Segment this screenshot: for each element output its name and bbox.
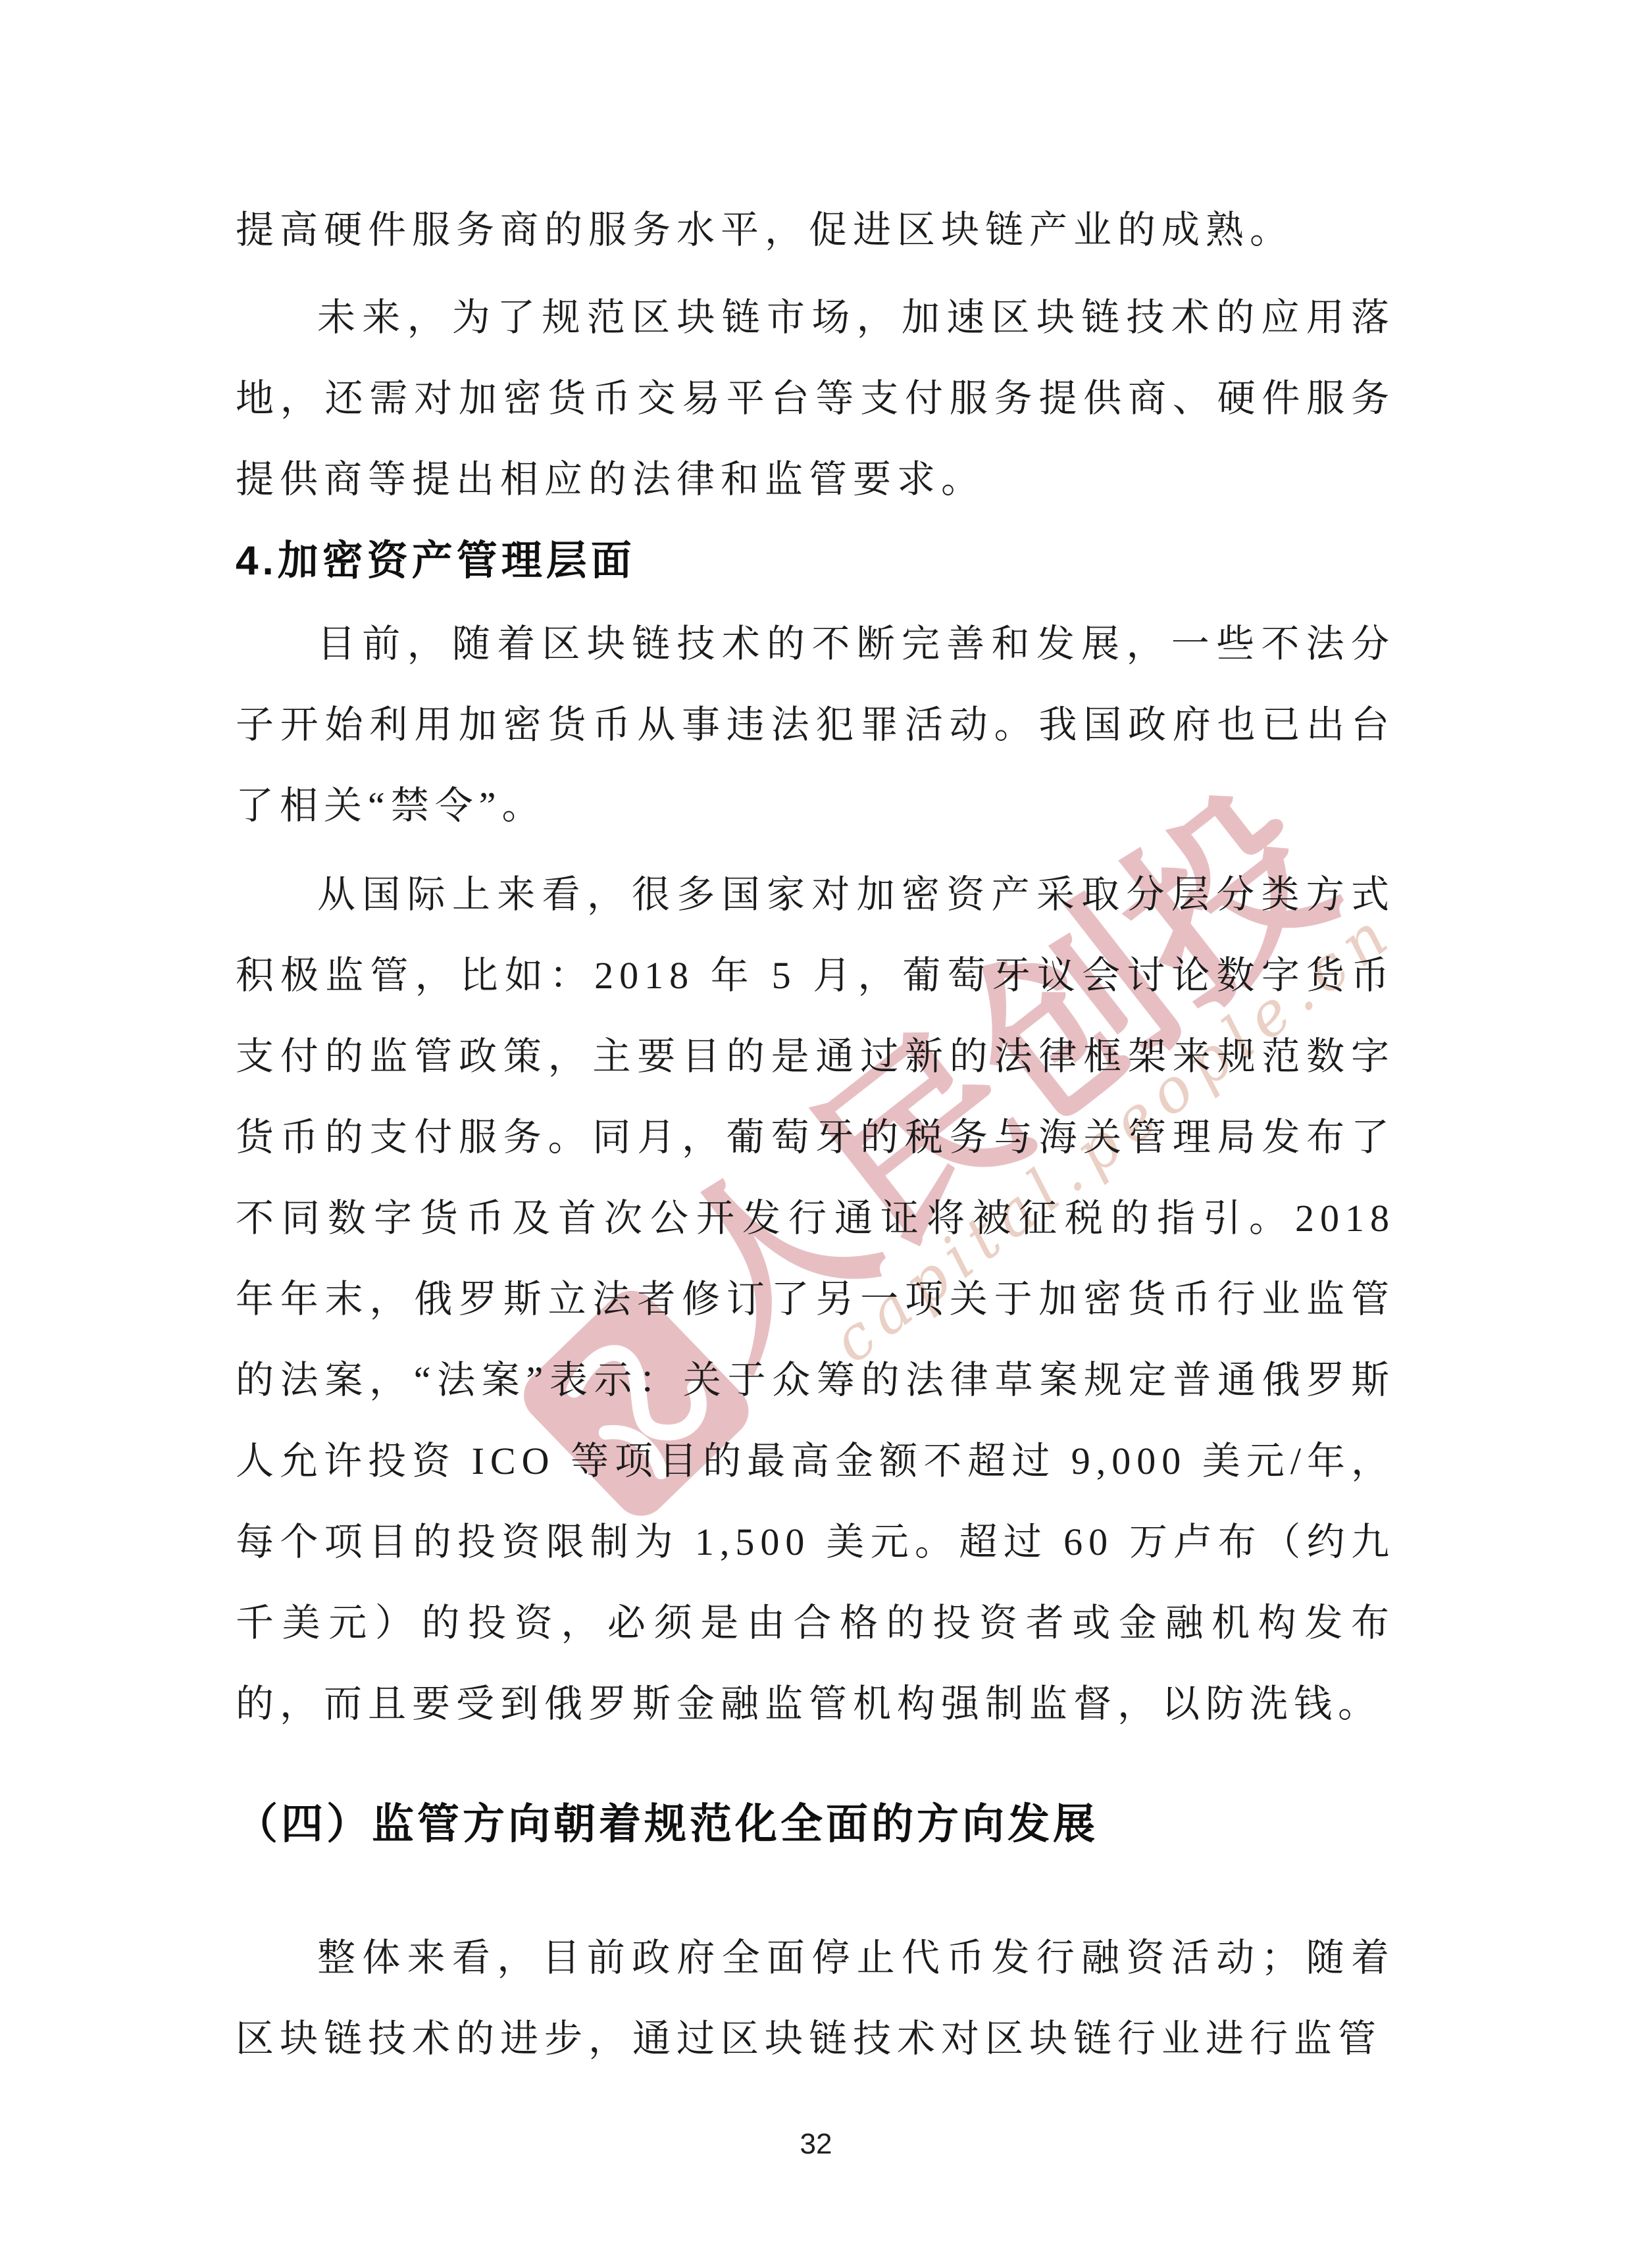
paragraph-hardware-service-tail: 提高硬件服务商的服务水平，促进区块链产业的成熟。 <box>236 189 1395 270</box>
paragraph-current-situation: 目前，随着区块链技术的不断完善和发展，一些不法分子开始利用加密货币从事违法犯罪活… <box>236 603 1395 846</box>
paragraph-future-regulation: 未来，为了规范区块链市场，加速区块链技术的应用落地，还需对加密货币交易平台等支付… <box>236 277 1395 520</box>
page-number: 32 <box>0 2125 1632 2163</box>
paragraph-international-regulation: 从国际上来看，很多国家对加密资产采取分层分类方式积极监管，比如：2018 年 5… <box>236 854 1395 1744</box>
heading-regulation-direction: （四）监管方向朝着规范化全面的方向发展 <box>236 1792 1395 1855</box>
page-content: 提高硬件服务商的服务水平，促进区块链产业的成熟。 未来，为了规范区块链市场，加速… <box>236 189 1395 2079</box>
paragraph-overall-view: 整体来看，目前政府全面停止代币发行融资活动；随着区块链技术的进步，通过区块链技术… <box>236 1917 1395 2079</box>
document-page: 人民创投 capital.people.cn 提高硬件服务商的服务水平，促进区块… <box>0 0 1632 2268</box>
heading-crypto-asset-management: 4.加密资产管理层面 <box>236 531 1395 592</box>
